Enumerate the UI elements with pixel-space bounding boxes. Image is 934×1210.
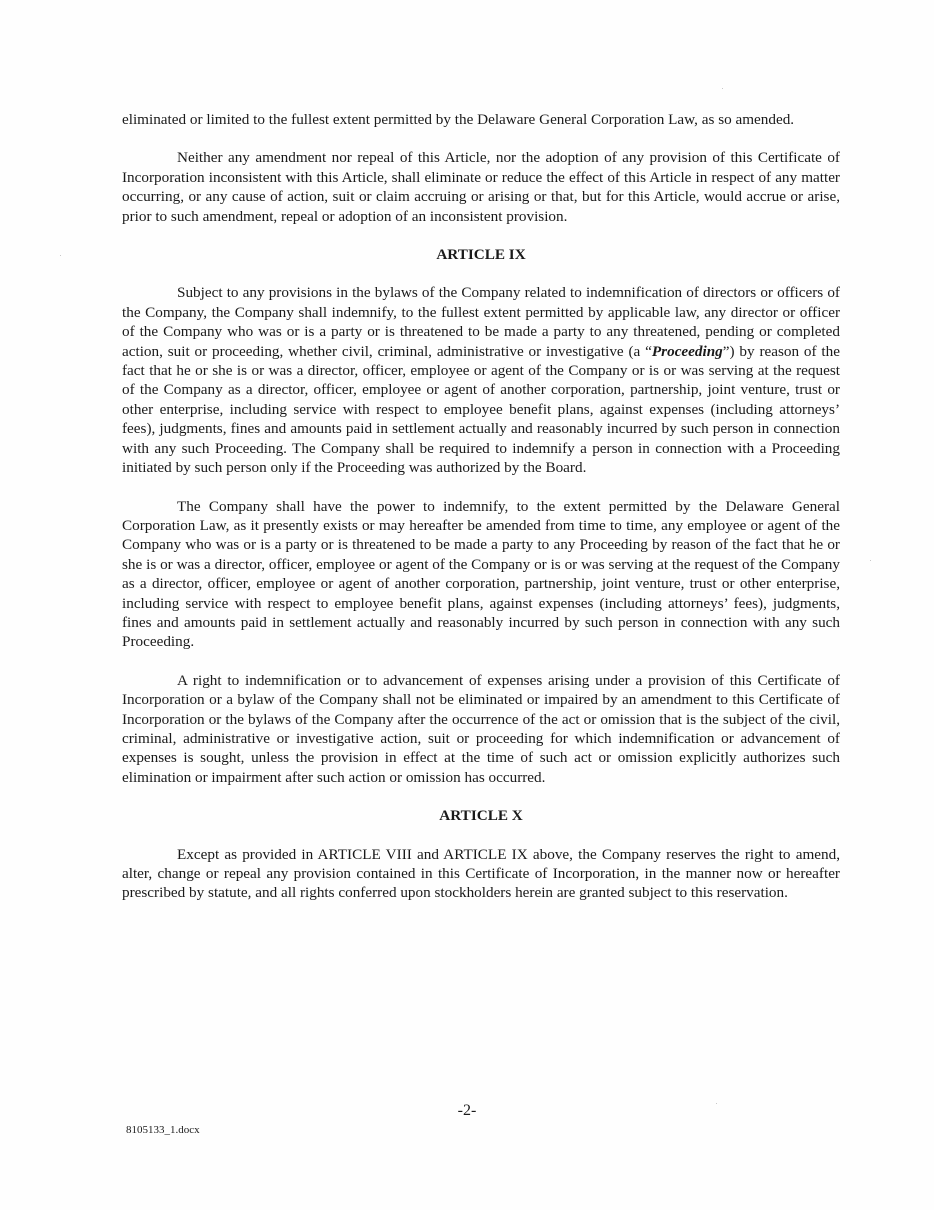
spacer bbox=[122, 129, 840, 148]
document-id: 8105133_1.docx bbox=[126, 1124, 200, 1136]
spacer bbox=[122, 264, 840, 283]
spacer bbox=[122, 478, 840, 497]
document-body: eliminated or limited to the fullest ext… bbox=[122, 110, 840, 903]
article-ix-p1-text-after: ”) by reason of the fact that he or she … bbox=[122, 343, 840, 476]
spacer bbox=[122, 826, 840, 845]
spacer bbox=[122, 226, 840, 245]
spacer bbox=[122, 652, 840, 671]
scan-speck bbox=[870, 560, 871, 561]
article-x-paragraph-1: Except as provided in ARTICLE VIII and A… bbox=[122, 845, 840, 903]
article-ix-paragraph-1: Subject to any provisions in the bylaws … bbox=[122, 283, 840, 477]
article-ix-paragraph-3: A right to indemnification or to advance… bbox=[122, 671, 840, 787]
article-ix-paragraph-2: The Company shall have the power to inde… bbox=[122, 497, 840, 652]
page-number: -2- bbox=[0, 1102, 934, 1120]
scan-speck bbox=[716, 1103, 717, 1104]
paragraph-continuation: eliminated or limited to the fullest ext… bbox=[122, 110, 840, 129]
defined-term-proceeding: Proceeding bbox=[652, 343, 723, 360]
spacer bbox=[122, 787, 840, 806]
scan-speck bbox=[722, 88, 723, 89]
article-ix-heading: ARTICLE IX bbox=[122, 245, 840, 264]
document-page: eliminated or limited to the fullest ext… bbox=[0, 0, 934, 1210]
article-x-heading: ARTICLE X bbox=[122, 806, 840, 825]
scan-speck bbox=[60, 255, 61, 256]
paragraph-amendment-repeal: Neither any amendment nor repeal of this… bbox=[122, 148, 840, 226]
